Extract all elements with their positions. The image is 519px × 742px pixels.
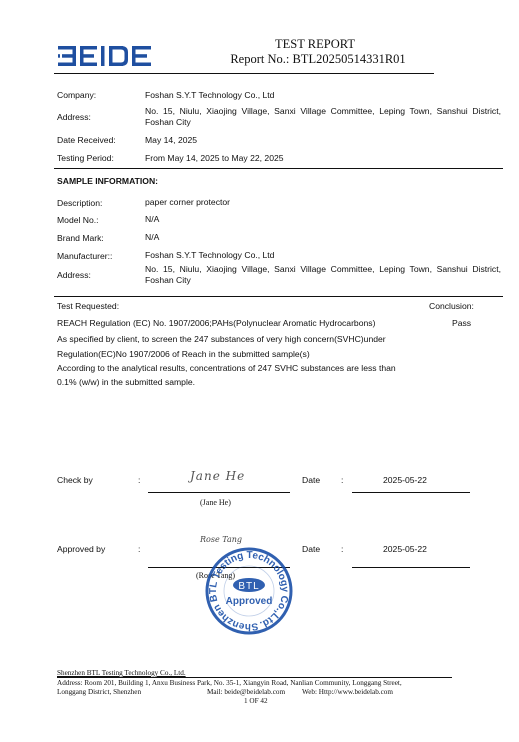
conclusion-label: Conclusion: <box>429 301 474 311</box>
approve-date-label: Date <box>302 544 320 554</box>
client-divider <box>54 168 503 169</box>
report-number: Report No.: BTL20250514331R01 <box>218 52 418 67</box>
footer-address-line2: Longgang District, Shenzhen <box>57 688 141 696</box>
conclusion-result: Pass <box>452 318 471 328</box>
brand-value: N/A <box>145 232 501 243</box>
approved-by-label: Approved by <box>57 544 105 554</box>
sample-heading: SAMPLE INFORMATION: <box>57 176 158 186</box>
approve-colon: : <box>138 544 140 554</box>
address-label: Address: <box>57 112 91 122</box>
date-received-value: May 14, 2025 <box>145 135 501 146</box>
sample-address-label: Address: <box>57 270 91 280</box>
brand-label: Brand Mark: <box>57 233 104 243</box>
stamp-center-text: BTL <box>238 581 259 592</box>
company-value: Foshan S.Y.T Technology Co., Ltd <box>145 90 501 101</box>
check-colon: : <box>138 475 140 485</box>
approve-date-line <box>352 567 470 568</box>
check-date-label: Date <box>302 475 320 485</box>
sample-address-value: No. 15, Niulu, Xiaojing Village, Sanxi V… <box>145 264 501 286</box>
approve-date-value: 2025-05-22 <box>383 544 427 554</box>
footer-divider <box>57 677 452 678</box>
approval-stamp: Shenzhen BTL Testing Technology Co.,Ltd.… <box>204 546 294 636</box>
report-title: TEST REPORT <box>230 37 400 52</box>
check-date-line <box>352 492 470 493</box>
page-number: 1 OF 42 <box>244 697 268 705</box>
testing-period-value: From May 14, 2025 to May 22, 2025 <box>145 153 501 164</box>
note1-line1: As specified by client, to screen the 24… <box>57 334 386 344</box>
footer-mail[interactable]: Mail: beide@beidelab.com <box>207 688 285 696</box>
testing-period-label: Testing Period: <box>57 153 114 163</box>
approve-signature: Rose Tang <box>200 535 242 544</box>
note1-line2: Regulation(EC)No 1907/2006 of Reach in t… <box>57 349 310 359</box>
address-value: No. 15, Niulu, Xiaojing Village, Sanxi V… <box>145 106 501 128</box>
test-requested-label: Test Requested: <box>57 301 119 311</box>
check-printed-name: (Jane He) <box>200 498 231 507</box>
check-signature: Jane He <box>190 469 245 483</box>
manufacturer-label: Manufacturer:: <box>57 251 112 261</box>
beide-logo <box>58 46 158 68</box>
note2-line1: According to the analytical results, con… <box>57 363 396 373</box>
sample-divider <box>54 296 503 297</box>
check-date-value: 2025-05-22 <box>383 475 427 485</box>
approve-date-colon: : <box>341 544 343 554</box>
description-label: Description: <box>57 198 102 208</box>
date-received-label: Date Received: <box>57 135 116 145</box>
header-divider <box>54 73 434 74</box>
description-value: paper corner protector <box>145 197 501 208</box>
model-value: N/A <box>145 214 501 225</box>
note2-line2: 0.1% (w/w) in the submitted sample. <box>57 377 195 387</box>
footer-address-line1: Address: Room 201, Building 1, Anxu Busi… <box>57 679 402 687</box>
regulation-text: REACH Regulation (EC) No. 1907/2006;PAHs… <box>57 318 375 328</box>
manufacturer-value: Foshan S.Y.T Technology Co., Ltd <box>145 250 501 261</box>
footer-company: Shenzhen BTL Testing Technology Co., Ltd… <box>57 669 186 677</box>
stamp-bottom-text: Approved <box>226 596 273 607</box>
company-label: Company: <box>57 90 96 100</box>
check-by-label: Check by <box>57 475 93 485</box>
check-date-colon: : <box>341 475 343 485</box>
check-signature-line <box>148 492 290 493</box>
footer-web[interactable]: Web: Http://www.beidelab.com <box>302 688 393 696</box>
model-label: Model No.: <box>57 215 99 225</box>
